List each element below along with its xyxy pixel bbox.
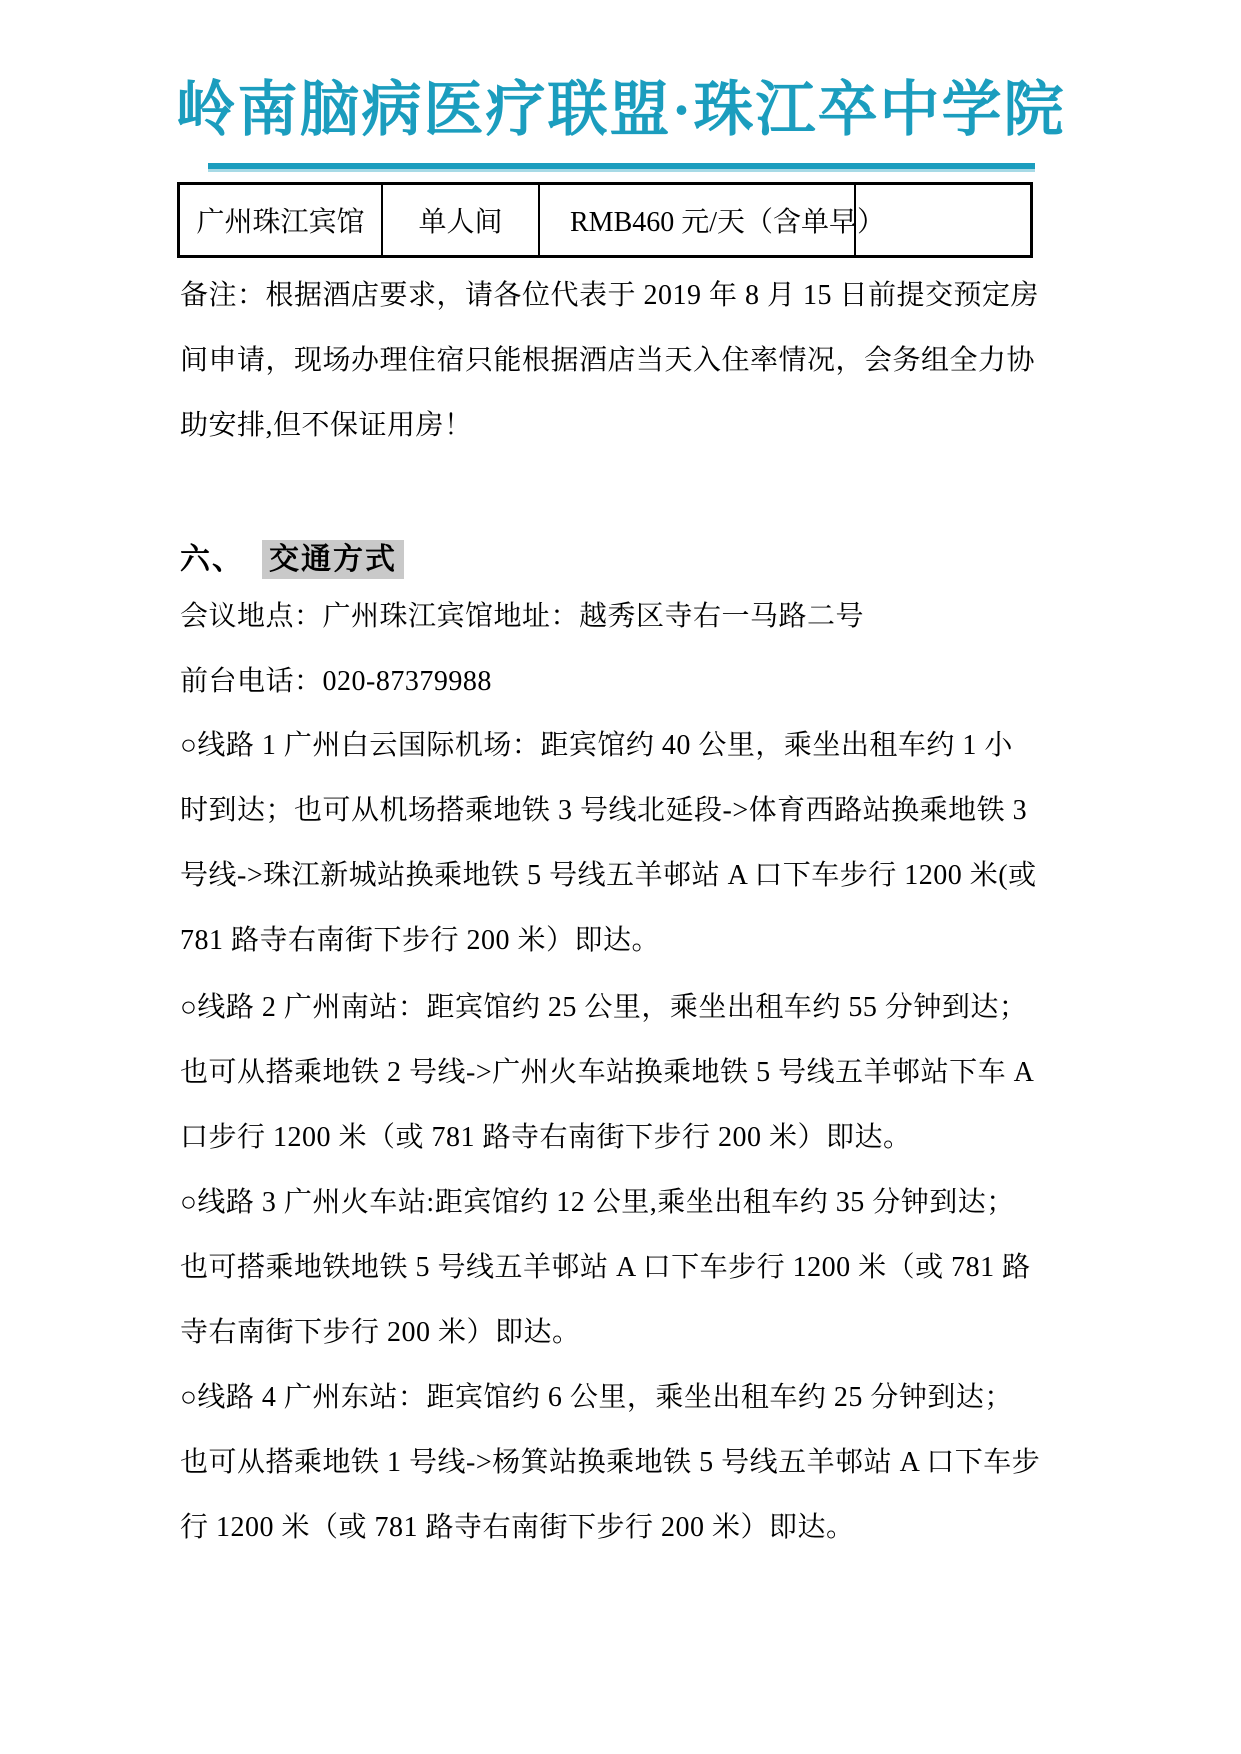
note-line: 助安排,但不保证用房！ — [180, 393, 1070, 458]
section-title-highlighted: 交通方式 — [262, 540, 404, 579]
route-line: 也可搭乘地铁地铁 5 号线五羊邨站 A 口下车步行 1200 米（或 781 路 — [180, 1235, 1070, 1300]
note-line: 备注：根据酒店要求，请各位代表于 2019 年 8 月 15 日前提交预定房 — [180, 263, 1070, 328]
route-line: 时到达；也可从机场搭乘地铁 3 号线北延段->体育西路站换乘地铁 3 — [180, 778, 1070, 843]
route-line: 口步行 1200 米（或 781 路寺右南街下步行 200 米）即达。 — [180, 1105, 1070, 1170]
section-number: 六、 — [180, 543, 244, 576]
route-line: ○线路 4 广州东站：距宾馆约 6 公里，乘坐出租车约 25 分钟到达； — [180, 1365, 1070, 1430]
route-1-paragraph: ○线路 1 广州白云国际机场：距宾馆约 40 公里，乘坐出租车约 1 小 时到达… — [180, 713, 1070, 973]
phone-line: 前台电话：020-87379988 — [180, 649, 1070, 714]
hotel-table: 广州珠江宾馆 单人间 RMB460 元/天（含单早） — [177, 182, 1033, 258]
venue-text: 会议地点：广州珠江宾馆地址：越秀区寺右一马路二号 — [180, 584, 1070, 649]
venue-line: 会议地点：广州珠江宾馆地址：越秀区寺右一马路二号 — [180, 584, 1070, 649]
route-3-paragraph: ○线路 3 广州火车站:距宾馆约 12 公里,乘坐出租车约 35 分钟到达； 也… — [180, 1170, 1070, 1365]
hotel-name-cell: 广州珠江宾馆 — [180, 185, 383, 255]
route-line: 781 路寺右南街下步行 200 米）即达。 — [180, 908, 1070, 973]
room-type-cell: 单人间 — [383, 185, 540, 255]
route-line: ○线路 1 广州白云国际机场：距宾馆约 40 公里，乘坐出租车约 1 小 — [180, 713, 1070, 778]
note-line: 间申请，现场办理住宿只能根据酒店当天入住率情况，会务组全力协 — [180, 328, 1070, 393]
route-line: 号线->珠江新城站换乘地铁 5 号线五羊邨站 A 口下车步行 1200 米(或 — [180, 843, 1070, 908]
route-line: 也可从搭乘地铁 1 号线->杨箕站换乘地铁 5 号线五羊邨站 A 口下车步 — [180, 1430, 1070, 1495]
title-divider — [208, 163, 1035, 172]
section-heading-transportation: 六、交通方式 — [180, 527, 404, 592]
route-4-paragraph: ○线路 4 广州东站：距宾馆约 6 公里，乘坐出租车约 25 分钟到达； 也可从… — [180, 1365, 1070, 1560]
route-2-paragraph: ○线路 2 广州南站：距宾馆约 25 公里，乘坐出租车约 55 分钟到达； 也可… — [180, 975, 1070, 1170]
route-line: 行 1200 米（或 781 路寺右南街下步行 200 米）即达。 — [180, 1495, 1070, 1560]
empty-cell — [856, 185, 1030, 255]
page-title: 岭南脑病医疗联盟·珠江卒中学院 — [0, 62, 1241, 148]
route-line: 也可从搭乘地铁 2 号线->广州火车站换乘地铁 5 号线五羊邨站下车 A — [180, 1040, 1070, 1105]
route-line: ○线路 2 广州南站：距宾馆约 25 公里，乘坐出租车约 55 分钟到达； — [180, 975, 1070, 1040]
note-paragraph: 备注：根据酒店要求，请各位代表于 2019 年 8 月 15 日前提交预定房 间… — [180, 263, 1070, 458]
phone-text: 前台电话：020-87379988 — [180, 649, 1070, 714]
route-line: 寺右南街下步行 200 米）即达。 — [180, 1300, 1070, 1365]
title-divider-light-line — [208, 169, 1035, 172]
price-cell: RMB460 元/天（含单早） — [540, 185, 856, 255]
route-line: ○线路 3 广州火车站:距宾馆约 12 公里,乘坐出租车约 35 分钟到达； — [180, 1170, 1070, 1235]
